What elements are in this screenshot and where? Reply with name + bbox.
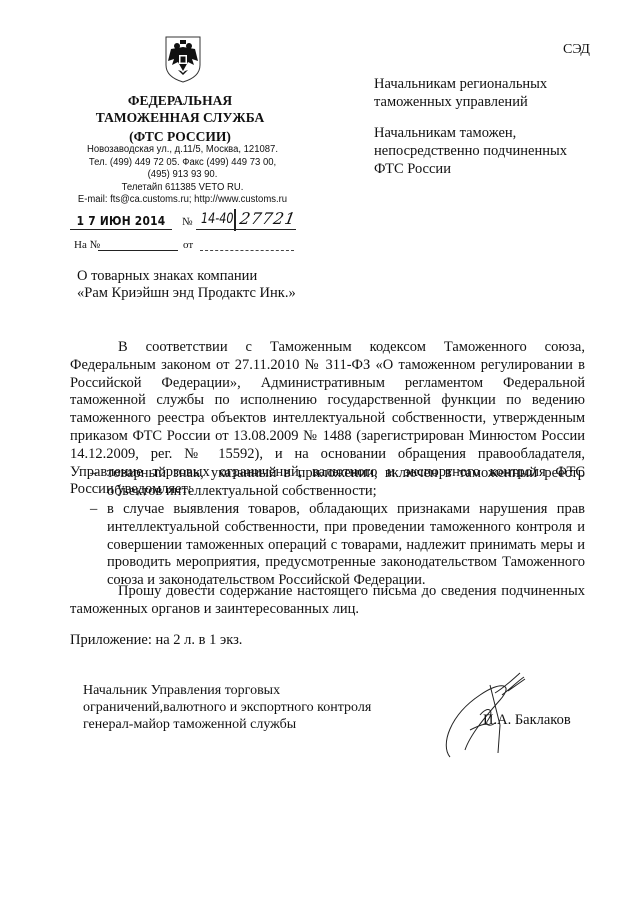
contact-teletype: Телетайп 611385 VETO RU.: [76, 182, 290, 195]
sed-marker: СЭД: [563, 42, 590, 58]
body-paragraph-2: Прошу довести содержание настоящего пись…: [70, 583, 585, 619]
signer-name: П.А. Баклаков: [483, 712, 571, 729]
signer-title-line: генерал-майор таможенной службы: [83, 716, 371, 733]
signer-title-line: ограничений,валютного и экспортного конт…: [83, 699, 371, 716]
appendix-note: Приложение: на 2 л. в 1 экз.: [70, 632, 242, 649]
recipient-line: ФТС России: [374, 160, 567, 178]
number-sign: №: [182, 216, 193, 228]
contact-phone2: (495) 913 93 90.: [76, 169, 290, 182]
number-separator: [234, 209, 236, 231]
reference-from-line: [200, 250, 294, 251]
list-item: – товарный знак, указанный в приложении,…: [90, 465, 585, 501]
coat-of-arms-icon: [163, 35, 203, 83]
reference-number-label: На №: [74, 239, 100, 251]
number-value: 27721: [238, 209, 297, 228]
reference-number-line: [98, 250, 178, 251]
number-prefix: 14-40: [201, 211, 234, 227]
list-item-text: товарный знак, указанный в приложении, в…: [107, 465, 585, 499]
org-name-line2: ТАМОЖЕННАЯ СЛУЖБА: [80, 109, 280, 126]
subject-line1: О товарных знаках компании: [77, 268, 296, 285]
recipient-line: таможенных управлений: [374, 93, 547, 111]
org-name-line1: ФЕДЕРАЛЬНАЯ: [80, 92, 280, 109]
contact-address: Новозаводская ул., д.11/5, Москва, 12108…: [76, 144, 290, 157]
contact-email: E-mail: fts@ca.customs.ru; http://www.cu…: [76, 194, 290, 207]
bullet-dash: –: [90, 465, 97, 483]
recipient-line: непосредственно подчиненных: [374, 142, 567, 160]
contact-phone: Тел. (499) 449 72 05. Факс (499) 449 73 …: [76, 157, 290, 170]
subject: О товарных знаках компании «Рам Криэйшн …: [77, 268, 296, 302]
contact-block: Новозаводская ул., д.11/5, Москва, 12108…: [76, 144, 290, 207]
recipient-line: Начальникам таможен,: [374, 124, 567, 142]
recipient-line: Начальникам региональных: [374, 75, 547, 93]
recipient-block-1: Начальникам региональных таможенных упра…: [374, 75, 547, 111]
signer-title-line: Начальник Управления торговых: [83, 682, 371, 699]
reference-from-label: от: [183, 239, 193, 251]
subject-line2: «Рам Криэйшн энд Продактс Инк.»: [77, 285, 296, 302]
date-stamp: 1 7 ИЮН 2014: [70, 213, 172, 230]
recipient-block-2: Начальникам таможен, непосредственно под…: [374, 124, 567, 178]
bullet-dash: –: [90, 501, 97, 519]
list-item-text: в случае выявления товаров, обладающих п…: [107, 501, 585, 588]
signer-title: Начальник Управления торговых ограничени…: [83, 682, 371, 733]
list-item: – в случае выявления товаров, обладающих…: [90, 501, 585, 590]
org-abbrev: (ФТС РОССИИ): [80, 128, 280, 145]
